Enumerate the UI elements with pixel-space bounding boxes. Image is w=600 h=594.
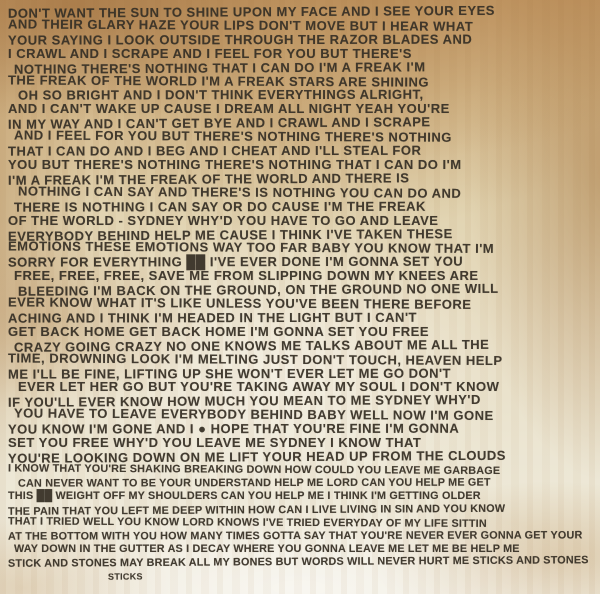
lyrics-line: YOU KNOW I'M GONE AND I ● HOPE THAT YOU'… [8, 422, 600, 437]
lyrics-line: CAN NEVER WANT TO BE YOUR UNDERSTAND HEL… [8, 476, 600, 490]
lyrics-line: THERE IS NOTHING I CAN SAY OR DO CAUSE I… [8, 199, 600, 214]
lyrics-line: THAT I CAN DO AND I BEG AND I CHEAT AND … [8, 143, 600, 158]
handwritten-lyrics: DON'T WANT THE SUN TO SHINE UPON MY FACE… [8, 5, 600, 580]
lyrics-line: ME I'LL BE FINE, LIFTING UP SHE WON'T EV… [8, 366, 600, 381]
lyrics-line: OH SO BRIGHT AND I DON'T THINK EVERYTHIN… [8, 88, 600, 103]
lyrics-line: OF THE WORLD - SYDNEY WHY'D YOU HAVE TO … [8, 214, 600, 228]
lyrics-line: AT THE BOTTOM WITH YOU HOW MANY TIMES GO… [8, 529, 600, 543]
lyrics-line: THIS ██ WEIGHT OFF MY SHOULDERS CAN YOU … [8, 490, 600, 503]
lyrics-line: I CRAWL AND I SCRAPE AND I FEEL FOR YOU … [8, 47, 600, 61]
lyrics-sheet: DON'T WANT THE SUN TO SHINE UPON MY FACE… [0, 0, 600, 594]
lyrics-line: SORRY FOR EVERYTHING ██ I'VE EVER DONE I… [8, 255, 600, 270]
lyrics-line: GET BACK HOME GET BACK HOME I'M GONNA SE… [8, 325, 600, 339]
lyrics-line: YOUR SAYING I LOOK OUTSIDE THROUGH THE R… [8, 32, 600, 47]
lyrics-line: ACHING AND I THINK I'M HEADED IN THE LIG… [8, 310, 600, 325]
